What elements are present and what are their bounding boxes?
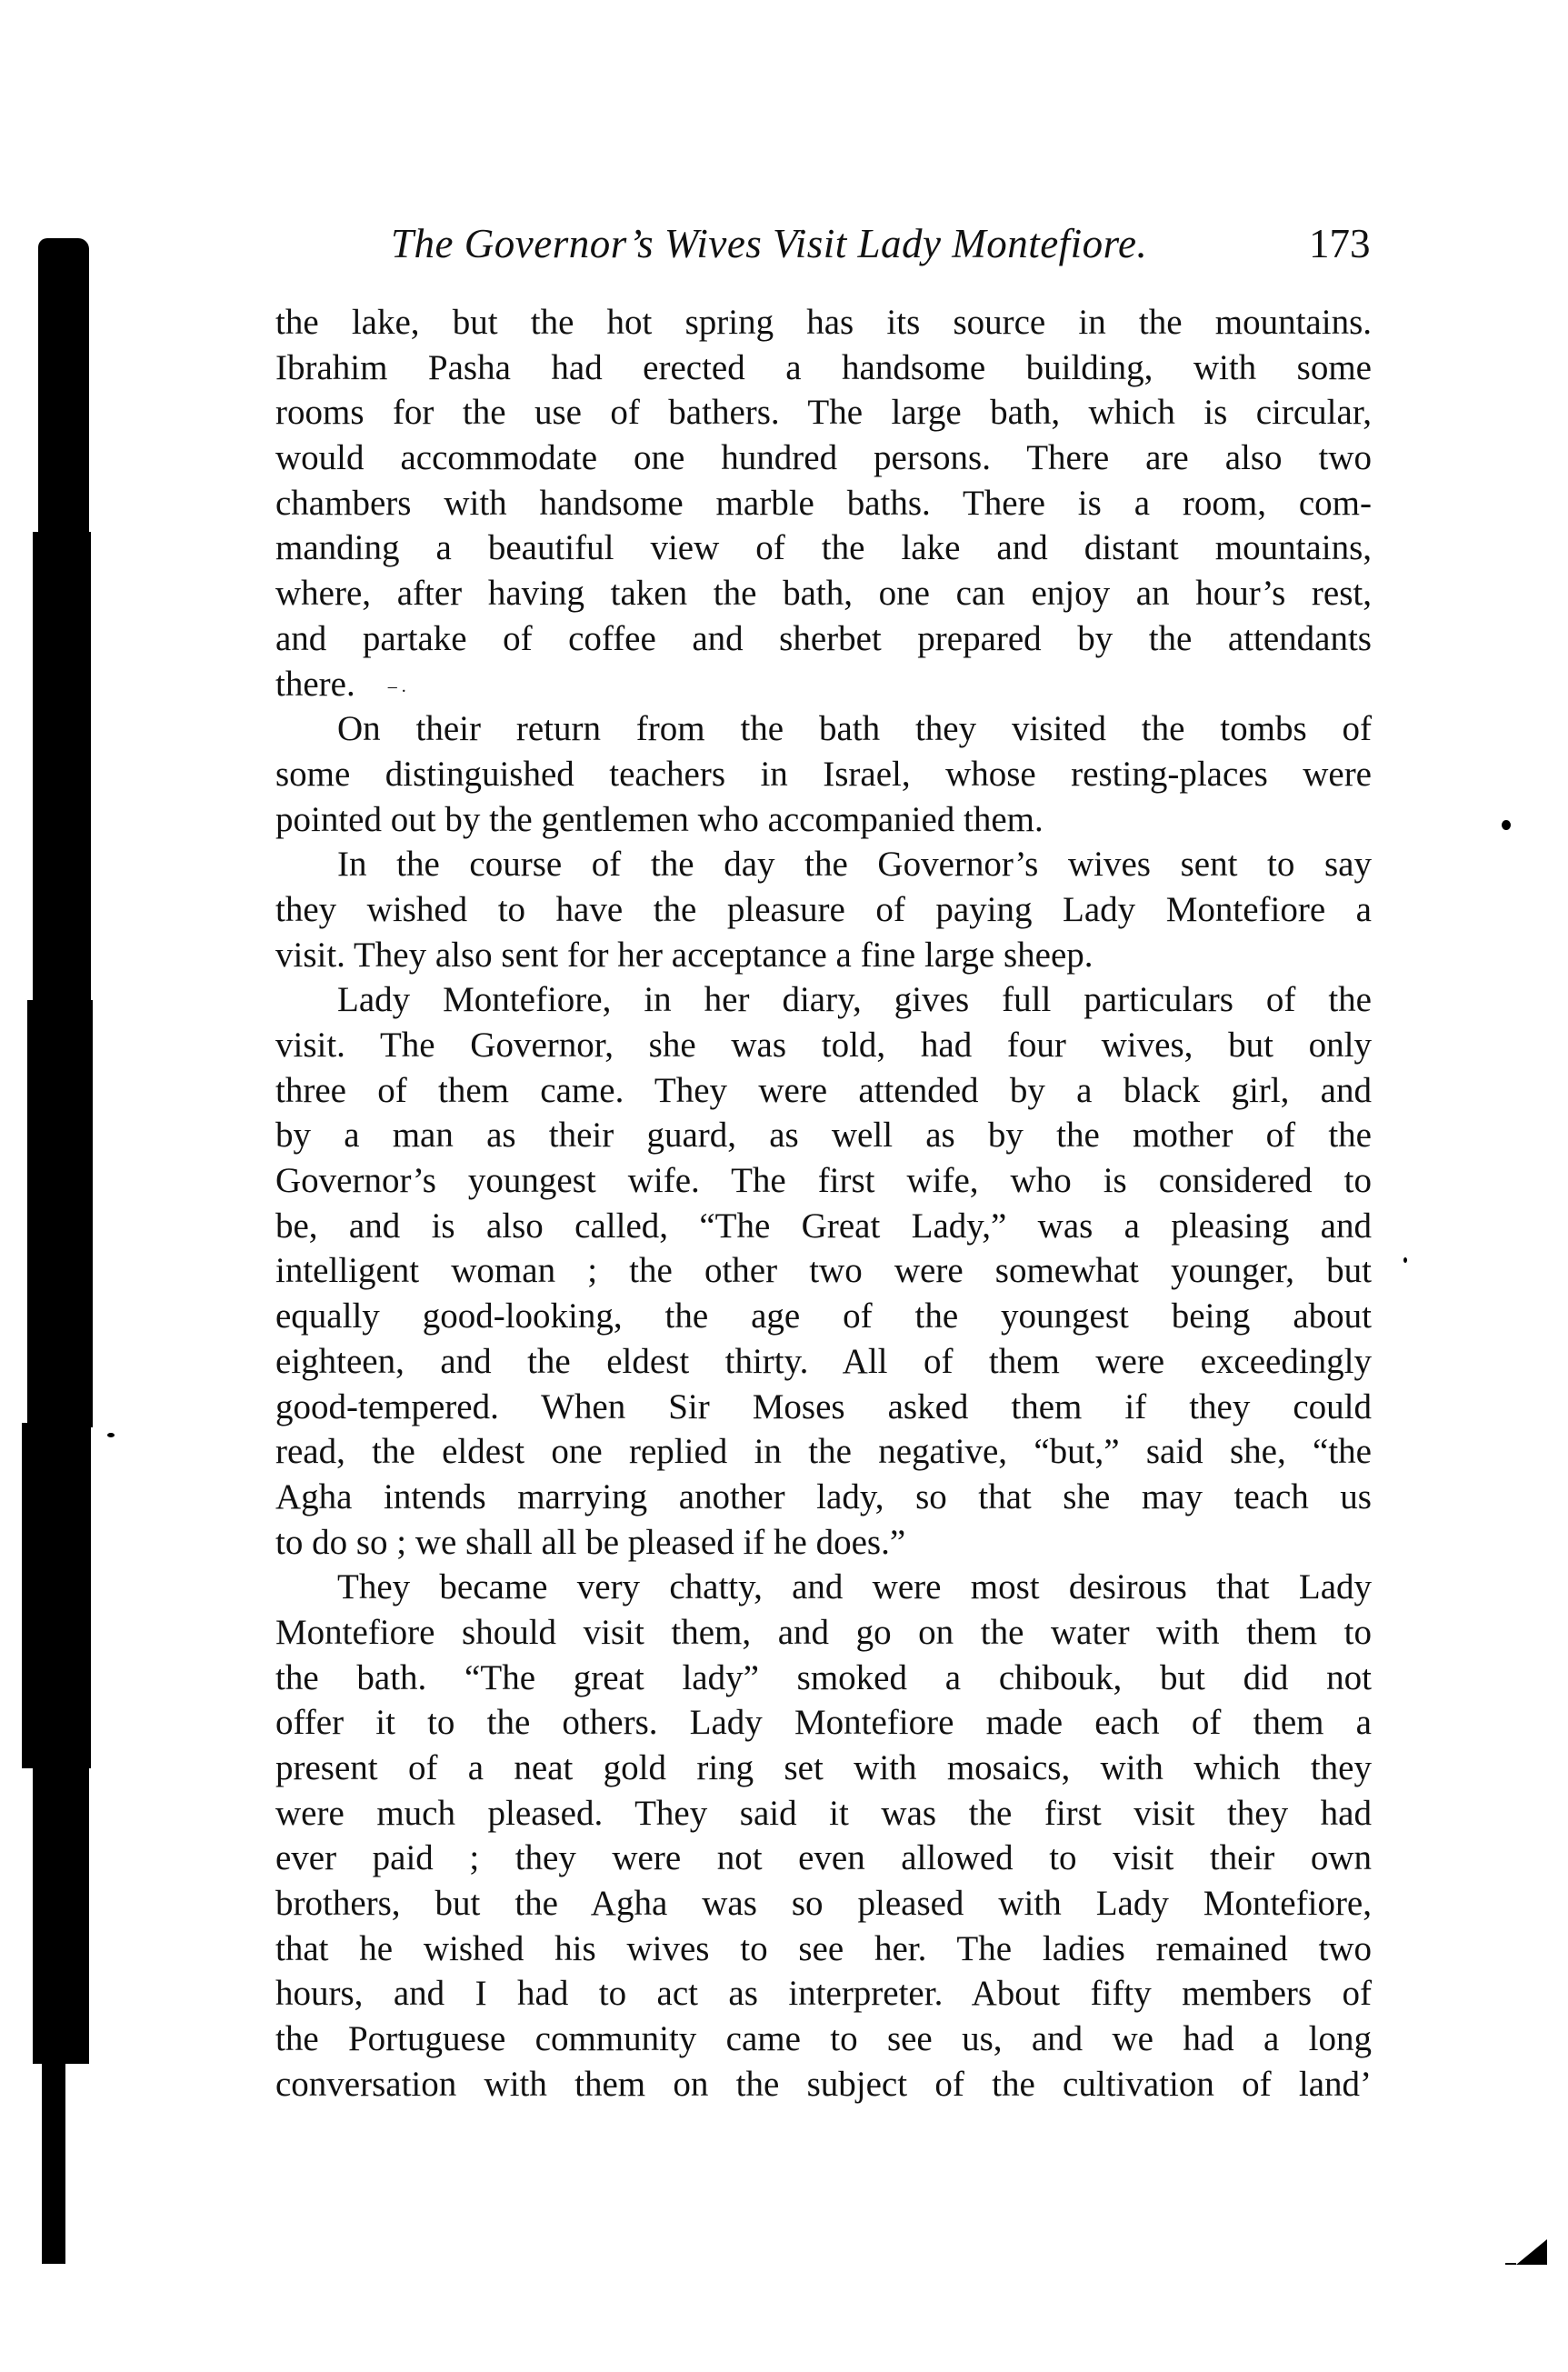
text-line: Agha intends marrying another lady, so t… — [275, 1475, 1372, 1520]
text-line-content: the lake, but the hot spring has its sou… — [275, 303, 1372, 342]
text-line-content: conversation with them on the subject of… — [275, 2065, 1372, 2104]
text-line: good-tempered. When Sir Moses asked them… — [275, 1385, 1372, 1430]
stray-marks: ‒ . — [388, 665, 406, 710]
text-line: manding a beautiful view of the lake and… — [275, 525, 1372, 571]
text-line: hours, and I had to act as interpreter. … — [275, 1971, 1372, 2017]
text-line-content: there. — [275, 665, 355, 704]
text-line-content: good-tempered. When Sir Moses asked them… — [275, 1387, 1372, 1426]
page-number: 173 — [1309, 216, 1371, 271]
text-line: the lake, but the hot spring has its sou… — [275, 300, 1372, 345]
text-line-content: Governor’s youngest wife. The first wife… — [275, 1161, 1372, 1200]
text-line-content: by a man as their guard, as well as by t… — [275, 1116, 1372, 1155]
text-line-content: some distinguished teachers in Israel, w… — [275, 755, 1372, 794]
text-line: rooms for the use of bathers. The large … — [275, 390, 1372, 435]
text-line-content: Agha intends marrying another lady, so t… — [275, 1477, 1372, 1516]
text-line-content: where, after having taken the bath, one … — [275, 574, 1372, 613]
text-line-content: intelligent woman ; the other two were s… — [275, 1251, 1372, 1290]
text-line-content: and partake of coffee and sherbet prepar… — [275, 619, 1372, 658]
text-line: brothers, but the Agha was so pleased wi… — [275, 1881, 1372, 1927]
text-line: to do so ; we shall all be pleased if he… — [275, 1520, 1372, 1566]
text-line-content: On their return from the bath they visit… — [337, 709, 1372, 748]
text-line: intelligent woman ; the other two were s… — [275, 1248, 1372, 1294]
text-line: Montefiore should visit them, and go on … — [275, 1610, 1372, 1656]
text-line: they wished to have the pleasure of payi… — [275, 887, 1372, 933]
text-line-content: In the course of the day the Governor’s … — [337, 845, 1372, 884]
text-line: read, the eldest one replied in the nega… — [275, 1429, 1372, 1475]
text-line: and partake of coffee and sherbet prepar… — [275, 616, 1372, 662]
text-line-content: visit. They also sent for her acceptance… — [275, 936, 1094, 975]
text-line: three of them came. They were attended b… — [275, 1068, 1372, 1114]
binding-shadow — [27, 1000, 93, 1427]
text-line-content: manding a beautiful view of the lake and… — [275, 528, 1372, 567]
text-line: present of a neat gold ring set with mos… — [275, 1746, 1372, 1791]
body-text: the lake, but the hot spring has its sou… — [275, 300, 1372, 2107]
text-line-content: pointed out by the gentlemen who accompa… — [275, 800, 1044, 839]
text-line: equally good-looking, the age of the you… — [275, 1294, 1372, 1339]
text-line: conversation with them on the subject of… — [275, 2062, 1372, 2107]
text-line: would accommodate one hundred persons. T… — [275, 435, 1372, 481]
text-line-content: brothers, but the Agha was so pleased wi… — [275, 1884, 1372, 1923]
text-line: that he wished his wives to see her. The… — [275, 1927, 1372, 1972]
running-head: The Governor’s Wives Visit Lady Montefio… — [391, 216, 1373, 271]
text-line: offer it to the others. Lady Montefiore … — [275, 1700, 1372, 1746]
text-line: some distinguished teachers in Israel, w… — [275, 752, 1372, 797]
text-line: On their return from the bath they visit… — [275, 706, 1372, 752]
binding-shadow — [33, 532, 91, 1005]
text-line: pointed out by the gentlemen who accompa… — [275, 797, 1372, 843]
text-line: there.‒ . — [275, 662, 1372, 707]
text-line-content: would accommodate one hundred persons. T… — [275, 438, 1372, 477]
text-line-content: they wished to have the pleasure of payi… — [275, 890, 1372, 929]
binding-shadow — [33, 1764, 89, 2064]
text-line-content: Montefiore should visit them, and go on … — [275, 1613, 1372, 1652]
text-line: by a man as their guard, as well as by t… — [275, 1113, 1372, 1158]
text-line-content: read, the eldest one replied in the nega… — [275, 1432, 1372, 1471]
text-line-content: equally good-looking, the age of the you… — [275, 1296, 1372, 1336]
text-line: the bath. “The great lady” smoked a chib… — [275, 1656, 1372, 1701]
scan-speck — [107, 1433, 115, 1437]
text-line-content: Ibrahim Pasha had erected a handsome bui… — [275, 348, 1372, 387]
text-line-content: present of a neat gold ring set with mos… — [275, 1748, 1372, 1787]
binding-shadow — [38, 238, 89, 538]
binding-shadow — [42, 2059, 65, 2264]
text-line-content: Lady Montefiore, in her diary, gives ful… — [337, 980, 1372, 1019]
text-line: visit. They also sent for her acceptance… — [275, 933, 1372, 978]
text-line: the Portuguese community came to see us,… — [275, 2017, 1372, 2062]
text-line-content: the Portuguese community came to see us,… — [275, 2019, 1372, 2058]
text-line-content: that he wished his wives to see her. The… — [275, 1929, 1372, 1968]
text-line-content: be, and is also called, “The Great Lady,… — [275, 1206, 1372, 1246]
text-line: visit. The Governor, she was told, had f… — [275, 1023, 1372, 1068]
text-line-content: ever paid ; they were not even allowed t… — [275, 1838, 1372, 1877]
text-line: In the course of the day the Governor’s … — [275, 842, 1372, 887]
text-line: eighteen, and the eldest thirty. All of … — [275, 1339, 1372, 1385]
running-head-title: The Governor’s Wives Visit Lady Montefio… — [391, 221, 1147, 266]
scan-speck — [1403, 1257, 1407, 1263]
corner-scan-mark — [1516, 2239, 1547, 2265]
text-line: ever paid ; they were not even allowed t… — [275, 1836, 1372, 1881]
binding-shadow — [22, 1423, 91, 1768]
text-line-content: offer it to the others. Lady Montefiore … — [275, 1703, 1372, 1742]
corner-scan-mark — [1505, 2263, 1516, 2265]
text-line-content: They became very chatty, and were most d… — [337, 1567, 1372, 1606]
text-line: Lady Montefiore, in her diary, gives ful… — [275, 977, 1372, 1023]
text-line-content: visit. The Governor, she was told, had f… — [275, 1026, 1372, 1065]
text-line-content: to do so ; we shall all be pleased if he… — [275, 1523, 905, 1562]
book-page: The Governor’s Wives Visit Lady Montefio… — [0, 0, 1568, 2372]
scan-speck — [1502, 820, 1511, 830]
text-line-content: three of them came. They were attended b… — [275, 1071, 1372, 1110]
text-line: chambers with handsome marble baths. The… — [275, 481, 1372, 526]
text-line: Governor’s youngest wife. The first wife… — [275, 1158, 1372, 1204]
text-line: were much pleased. They said it was the … — [275, 1791, 1372, 1837]
text-line-content: were much pleased. They said it was the … — [275, 1794, 1372, 1833]
text-line-content: the bath. “The great lady” smoked a chib… — [275, 1658, 1372, 1697]
text-line-content: rooms for the use of bathers. The large … — [275, 393, 1372, 432]
text-line: be, and is also called, “The Great Lady,… — [275, 1204, 1372, 1249]
text-line: They became very chatty, and were most d… — [275, 1565, 1372, 1610]
text-line-content: hours, and I had to act as interpreter. … — [275, 1974, 1372, 2013]
text-line: Ibrahim Pasha had erected a handsome bui… — [275, 345, 1372, 391]
text-line-content: chambers with handsome marble baths. The… — [275, 484, 1372, 523]
text-line-content: eighteen, and the eldest thirty. All of … — [275, 1342, 1372, 1381]
text-line: where, after having taken the bath, one … — [275, 571, 1372, 616]
